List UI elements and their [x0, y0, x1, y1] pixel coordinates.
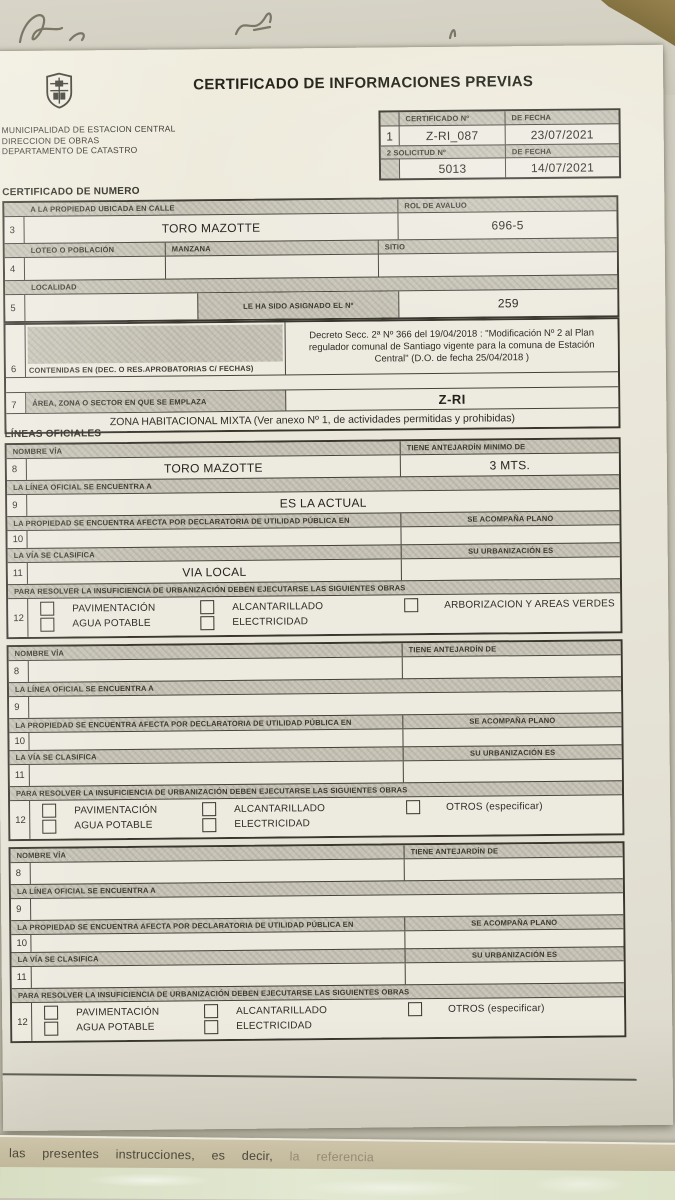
- checkbox-icon: [202, 802, 216, 816]
- localidad-value: [25, 293, 197, 321]
- sitio-value: [378, 252, 617, 276]
- urbanizacion-value: [405, 961, 624, 984]
- field-label: SITIO: [378, 238, 617, 253]
- row-number: 7: [6, 393, 26, 413]
- shaded-area: [28, 324, 283, 363]
- checkbox-item: ELECTRICIDAD: [180, 614, 392, 630]
- certificate-number-value: Z-RI_087: [399, 124, 505, 145]
- field-label: SE ACOMPAÑA PLANO: [402, 713, 621, 728]
- checkbox-item: OTROS (especificar): [396, 1001, 624, 1017]
- row-number: 9: [11, 899, 31, 920]
- row-number: 8: [9, 661, 29, 682]
- street-name-value: TORO MAZOTTE: [27, 455, 400, 480]
- checkbox-icon: [200, 616, 214, 630]
- loteo-value: [25, 257, 165, 280]
- field-label: ROL DE AVALUO: [397, 197, 616, 212]
- utilidad-publica-value: [27, 527, 400, 548]
- field-label: CERTIFICADO Nº: [398, 111, 504, 125]
- via-clasificacion-value: VIA LOCAL: [28, 559, 401, 584]
- checkbox-label: PAVIMENTACIÓN: [74, 805, 157, 817]
- checkbox-icon: [204, 1004, 218, 1018]
- checkbox-label: ELECTRICIDAD: [232, 616, 308, 628]
- plano-value: [402, 727, 621, 746]
- utilidad-publica-value: [29, 729, 402, 750]
- utilidad-publica-value: [31, 931, 404, 952]
- section-heading: LÍNEAS OFICIALES: [4, 428, 101, 440]
- checkbox-icon: [40, 602, 54, 616]
- lineas-oficiales-block-3: NOMBRE VÍA TIENE ANTEJARDÍN DE 8 LA LÍNE…: [9, 841, 627, 1043]
- form-row: 12 PAVIMENTACIÓN ALCANTARILLADO OTROS (e…: [10, 794, 622, 839]
- via-clasificacion-value: [30, 761, 403, 786]
- field-label: MANZANA: [165, 241, 378, 256]
- row-number: 8: [7, 459, 27, 480]
- manzana-value: [165, 255, 378, 279]
- row-number: 4: [5, 258, 25, 280]
- decree-text: Decreto Secc. 2ª Nº 366 del 19/04/2018 :…: [284, 319, 617, 374]
- field-label: SU URBANIZACIÓN ES: [401, 543, 620, 558]
- row-number: 12: [12, 1003, 32, 1041]
- checkbox-icon: [404, 599, 418, 613]
- row-number: 6: [5, 325, 25, 377]
- via-clasificacion-value: [32, 963, 405, 988]
- form-row: 6 CONTENIDAS EN (DEC. O RES.APROBATORIAS…: [5, 319, 617, 377]
- checkbox-label: AGUA POTABLE: [76, 1022, 154, 1034]
- checkbox-icon: [204, 1020, 218, 1034]
- row-number: 9: [9, 697, 29, 718]
- certificate-number-box: CERTIFICADO Nº DE FECHA 1 Z-RI_087 23/07…: [378, 108, 621, 180]
- checkbox-icon: [200, 600, 214, 614]
- checkbox-label: ALCANTARILLADO: [232, 601, 323, 613]
- obras-checkbox-area: PAVIMENTACIÓN ALCANTARILLADO ARBORIZACIO…: [28, 593, 620, 637]
- checkbox-icon: [408, 1002, 422, 1016]
- handwriting-marks: [4, 2, 524, 50]
- zonificacion-table: 6 CONTENIDAS EN (DEC. O RES.APROBATORIAS…: [3, 317, 620, 434]
- plano-value: [400, 525, 619, 544]
- request-date-value: 14/07/2021: [505, 156, 619, 177]
- checkbox-item: ALCANTARILLADO: [184, 1003, 396, 1019]
- obras-checkbox-area: PAVIMENTACIÓN ALCANTARILLADO OTROS (espe…: [30, 795, 622, 839]
- org-line: MUNICIPALIDAD DE ESTACION CENTRAL: [2, 123, 176, 135]
- field-label: SU URBANIZACIÓN ES: [403, 745, 622, 760]
- contenidas-cell: CONTENIDAS EN (DEC. O RES.APROBATORIAS C…: [25, 322, 284, 376]
- checkbox-item: AGUA POTABLE: [32, 1020, 184, 1035]
- checkbox-item: ELECTRICIDAD: [184, 1018, 396, 1034]
- checkbox-item: ELECTRICIDAD: [182, 816, 394, 832]
- field-label: TIENE ANTEJARDÍN DE: [404, 843, 623, 858]
- checkbox-icon: [202, 818, 216, 832]
- checkbox-item: ALCANTARILLADO: [182, 801, 394, 817]
- checkbox-label: ELECTRICIDAD: [234, 818, 310, 830]
- plano-value: [404, 929, 623, 948]
- street-name-value: [29, 657, 402, 682]
- zone-code-value: Z-RI: [285, 387, 618, 410]
- horizontal-rule: [3, 1073, 637, 1081]
- row-number: 10: [9, 733, 29, 750]
- checkbox-label: ARBORIZACION Y AREAS VERDES: [444, 598, 615, 611]
- checkbox-label: OTROS (especificar): [446, 801, 543, 813]
- row-number: 12: [8, 599, 28, 637]
- row-number: 11: [10, 765, 30, 786]
- org-address-block: MUNICIPALIDAD DE ESTACION CENTRAL DIRECC…: [2, 123, 176, 156]
- highlight-band: [0, 1167, 675, 1200]
- page-title: CERTIFICADO DE INFORMACIONES PREVIAS: [133, 72, 593, 93]
- street-value: TORO MAZOTTE: [24, 213, 397, 243]
- field-label: CONTENIDAS EN (DEC. O RES.APROBATORIAS C…: [29, 364, 254, 375]
- row-number: 10: [11, 935, 31, 952]
- field-label: DE FECHA: [504, 110, 618, 124]
- row-number: 12: [10, 801, 30, 839]
- field-label: DE FECHA: [505, 143, 619, 157]
- field-label: LOCALIDAD: [5, 280, 77, 294]
- checkbox-icon: [42, 804, 56, 818]
- request-number-value: 5013: [399, 157, 505, 178]
- checkbox-icon: [40, 617, 54, 631]
- row-number: 11: [12, 967, 32, 988]
- obras-checkbox-area: PAVIMENTACIÓN ALCANTARILLADO OTROS (espe…: [32, 997, 624, 1041]
- assigned-number-value: 259: [398, 289, 617, 317]
- checkbox-label: ELECTRICIDAD: [236, 1020, 312, 1032]
- cell-blank: [380, 112, 398, 125]
- antejardin-value: [404, 857, 623, 880]
- row-number: 11: [8, 563, 28, 584]
- checkbox-item: AGUA POTABLE: [30, 818, 182, 833]
- org-line: DEPARTAMENTO DE CATASTRO: [2, 144, 176, 156]
- certificate-date-value: 23/07/2021: [505, 123, 619, 144]
- checkbox-label: ALCANTARILLADO: [234, 803, 325, 815]
- checkbox-label: PAVIMENTACIÓN: [72, 603, 155, 615]
- field-label: LA LÍNEA OFICIAL SE ENCUENTRA A: [7, 480, 152, 494]
- partial-text-faded: la referencia: [290, 1149, 375, 1164]
- checkbox-label: AGUA POTABLE: [74, 820, 152, 832]
- checkbox-icon: [42, 819, 56, 833]
- form-row: 5 LE HA SIDO ASIGNADO EL Nº 259: [5, 288, 617, 321]
- field-label: LE HA SIDO ASIGNADO EL Nº: [197, 291, 398, 319]
- field-label: LOTEO O POBLACIÓN: [5, 243, 165, 258]
- field-label: SU URBANIZACIÓN ES: [405, 947, 624, 962]
- underlying-page-text: las presentes instrucciones, es decir, l…: [0, 1137, 675, 1168]
- certificado-numero-table: A LA PROPIEDAD UBICADA EN CALLE ROL DE A…: [2, 195, 619, 323]
- row-number: 8: [11, 863, 31, 884]
- checkbox-item: PAVIMENTACIÓN: [30, 803, 182, 818]
- certificate-document: CERTIFICADO DE INFORMACIONES PREVIAS MUN…: [0, 45, 673, 1131]
- lineas-oficiales-block-2: NOMBRE VÍA TIENE ANTEJARDÍN DE 8 LA LÍNE…: [7, 639, 625, 841]
- checkbox-label: AGUA POTABLE: [72, 618, 150, 630]
- checkbox-item: ALCANTARILLADO: [180, 599, 392, 615]
- field-label: SE ACOMPAÑA PLANO: [400, 511, 619, 526]
- field-label: TIENE ANTEJARDÍN MINIMO DE: [400, 439, 619, 454]
- checkbox-icon: [406, 800, 420, 814]
- checkbox-item: AGUA POTABLE: [28, 616, 180, 631]
- antejardin-value: [402, 655, 621, 678]
- field-label: LA LÍNEA OFICIAL SE ENCUENTRA A: [9, 682, 154, 696]
- partial-text: las presentes instrucciones, es decir,: [9, 1146, 273, 1163]
- row-number: 1: [381, 125, 399, 145]
- street-name-value: [31, 859, 404, 884]
- field-label: SE ACOMPAÑA PLANO: [404, 915, 623, 930]
- antejardin-value: 3 MTS.: [400, 453, 619, 476]
- urbanizacion-value: [401, 557, 620, 580]
- field-label: 2 SOLICITUD Nº: [381, 144, 505, 158]
- lineas-oficiales-block-1: NOMBRE VÍA TIENE ANTEJARDÍN MINIMO DE 8 …: [5, 437, 623, 639]
- row-number: 3: [4, 217, 24, 243]
- field-label: TIENE ANTEJARDÍN DE: [402, 641, 621, 656]
- checkbox-label: ALCANTARILLADO: [236, 1005, 327, 1017]
- section-heading: CERTIFICADO DE NUMERO: [2, 186, 140, 198]
- checkbox-icon: [44, 1021, 58, 1035]
- row-number: 5: [5, 295, 25, 321]
- field-label: ÁREA, ZONA O SECTOR EN QUE SE EMPLAZA: [26, 390, 285, 412]
- checkbox-label: OTROS (especificar): [448, 1003, 545, 1015]
- checkbox-icon: [44, 1006, 58, 1020]
- urbanizacion-value: [403, 759, 622, 782]
- checkbox-item: PAVIMENTACIÓN: [32, 1005, 184, 1020]
- row-number: 9: [7, 495, 27, 516]
- checkbox-item: PAVIMENTACIÓN: [28, 601, 180, 616]
- row-number: 10: [7, 531, 27, 548]
- checkbox-label: PAVIMENTACIÓN: [76, 1007, 159, 1019]
- cell-blank: [381, 158, 399, 178]
- municipal-crest-icon: [45, 72, 73, 108]
- form-row: 12 PAVIMENTACIÓN ALCANTARILLADO ARBORIZA…: [8, 592, 620, 637]
- checkbox-item: ARBORIZACION Y AREAS VERDES: [392, 597, 620, 613]
- checkbox-item: OTROS (especificar): [394, 799, 622, 815]
- form-row: 12 PAVIMENTACIÓN ALCANTARILLADO OTROS (e…: [12, 996, 624, 1041]
- field-label: LA LÍNEA OFICIAL SE ENCUENTRA A: [11, 884, 156, 898]
- rol-avaluo-value: 696-5: [397, 211, 616, 239]
